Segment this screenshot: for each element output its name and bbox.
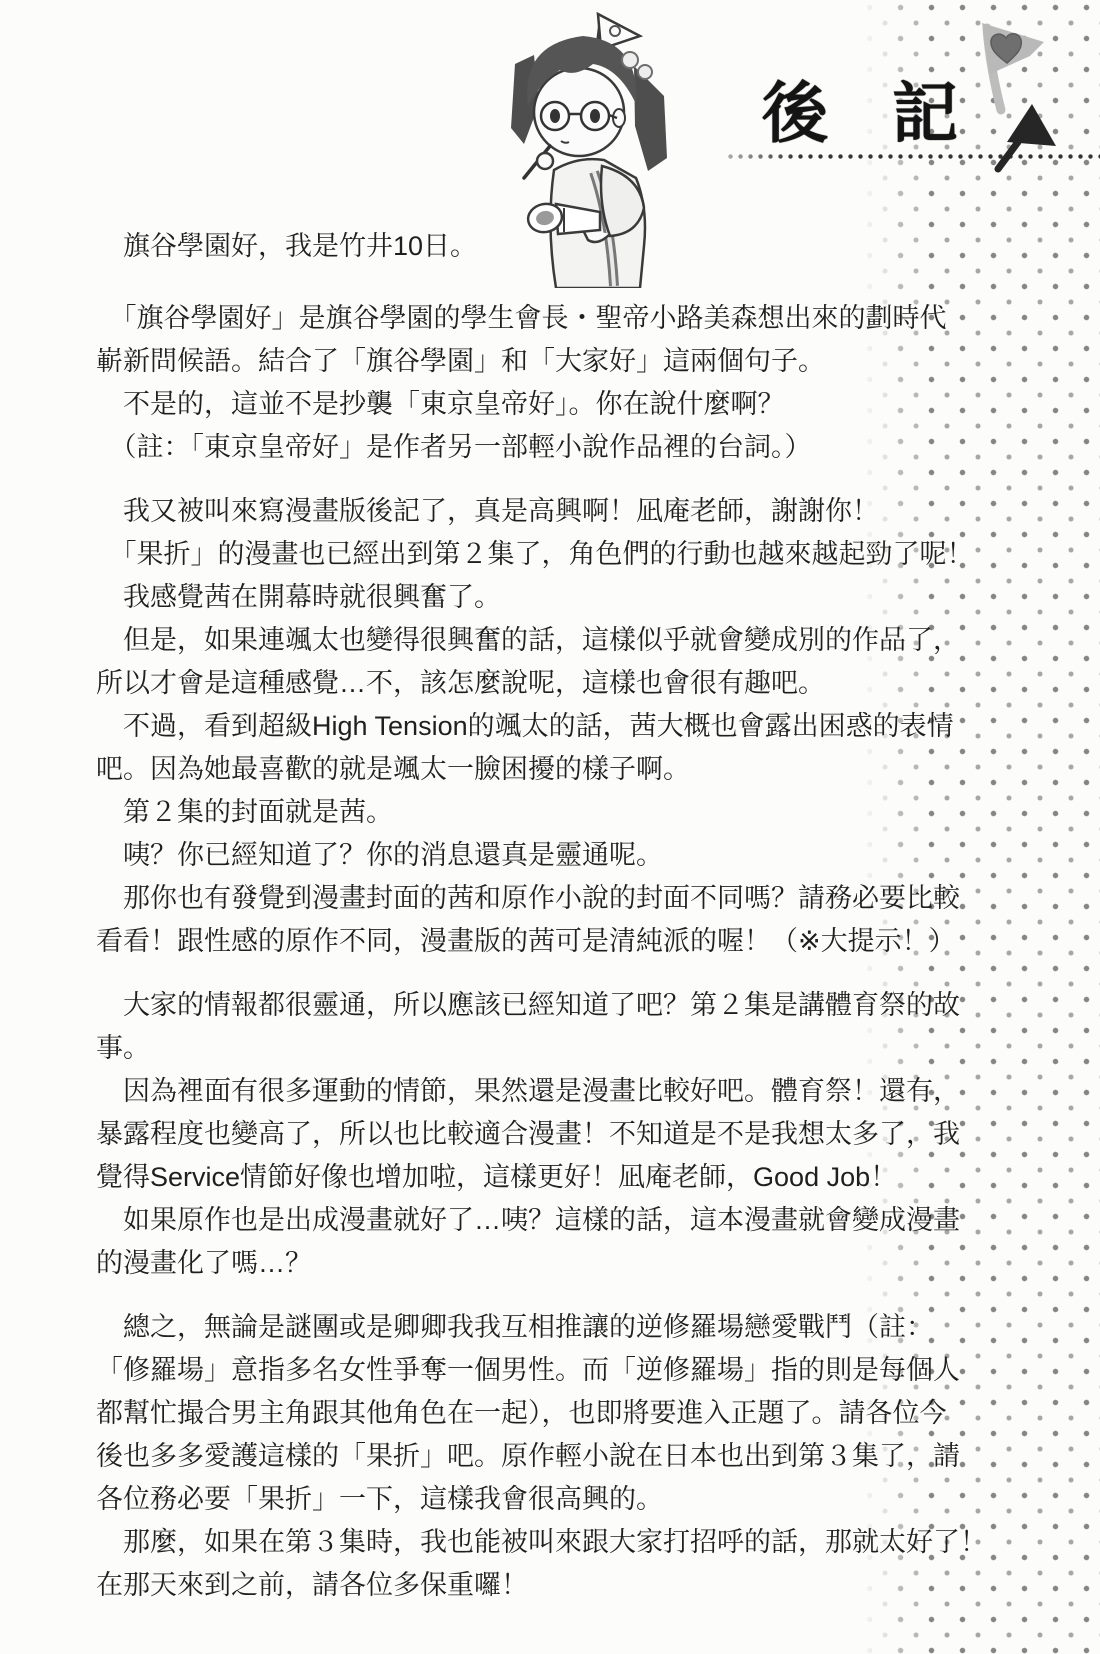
text-line: 但是，如果連颯太也變得很興奮的話，這樣似乎就會變成別的作品了，: [96, 619, 1096, 662]
hair-ball-icon: [622, 52, 638, 68]
text-line: 所以才會是這種感覺…不，該怎麼說呢，這樣也會很有趣吧。: [96, 662, 1096, 705]
text-line: 各位務必要「果折」一下，這樣我會很高興的。: [96, 1478, 1096, 1521]
text-line: 暴露程度也變高了，所以也比較適合漫畫！不知道是不是我想太多了，我: [96, 1113, 1096, 1156]
text-line: 「果折」的漫畫也已經出到第２集了，角色們的行動也越來越起勁了呢！: [96, 533, 1096, 576]
text-line: 看看！跟性感的原作不同，漫畫版的茜可是清純派的喔！（※大提示！）: [96, 920, 1096, 963]
hair-ball-icon: [638, 65, 652, 79]
text-line: 事。: [96, 1027, 1096, 1070]
flags-decoration: [960, 12, 1072, 180]
paragraph: 「旗谷學園好」是旗谷學園的學生會長・聖帝小路美森想出來的劃時代嶄新問候語。結合了…: [96, 297, 1096, 469]
text-line: 「旗谷學園好」是旗谷學園的學生會長・聖帝小路美森想出來的劃時代: [96, 297, 1096, 340]
text-line: 如果原作也是出成漫畫就好了…咦？這樣的話，這本漫畫就會變成漫畫: [96, 1199, 1096, 1242]
paragraph: 大家的情報都很靈通，所以應該已經知道了吧？第２集是講體育祭的故事。 因為裡面有很…: [96, 984, 1096, 1285]
pen-icon: [524, 146, 553, 178]
text-line: 大家的情報都很靈通，所以應該已經知道了吧？第２集是講體育祭的故: [96, 984, 1096, 1027]
text-line: 咦？你已經知道了？你的消息還真是靈通呢。: [96, 834, 1096, 877]
text-line: 吧。因為她最喜歡的就是颯太一臉困擾的樣子啊。: [96, 748, 1096, 791]
text-line: 不過，看到超級High Tension的颯太的話，茜大概也會露出困惑的表情: [96, 705, 1096, 748]
eye: [550, 109, 560, 123]
text-line: 我又被叫來寫漫畫版後記了，真是高興啊！凪庵老師，謝謝你！: [96, 490, 1096, 533]
text-line: 那你也有發覺到漫畫封面的茜和原作小說的封面不同嗎？請務必要比較: [96, 877, 1096, 920]
heart-flag-icon: [982, 23, 1044, 110]
paragraph: 我又被叫來寫漫畫版後記了，真是高興啊！凪庵老師，謝謝你！ 「果折」的漫畫也已經出…: [96, 490, 1096, 963]
text-line: 因為裡面有很多運動的情節，果然還是漫畫比較好吧。體育祭！還有，: [96, 1070, 1096, 1113]
black-flag-icon: [998, 104, 1056, 169]
text-line: 都幫忙撮合男主角跟其他角色在一起），也即將要進入正題了。請各位今: [96, 1392, 1096, 1435]
text-line: 不是的，這並不是抄襲「東京皇帝好」。你在說什麼啊？: [96, 383, 1096, 426]
text-line: 我感覺茜在開幕時就很興奮了。: [96, 576, 1096, 619]
twintail-right: [634, 66, 667, 171]
text-line: 第２集的封面就是茜。: [96, 791, 1096, 834]
text-line: （註：「東京皇帝好」是作者另一部輕小說作品裡的台詞。）: [96, 426, 1096, 469]
text-line: 總之，無論是謎團或是卿卿我我互相推讓的逆修羅場戀愛戰鬥（註：: [96, 1306, 1096, 1349]
text-line: 的漫畫化了嗎…？: [96, 1242, 1096, 1285]
eye: [590, 109, 600, 123]
text-line: 那麼，如果在第３集時，我也能被叫來跟大家打招呼的話，那就太好了！: [96, 1521, 1096, 1564]
text-line: 覺得Service情節好像也增加啦，這樣更好！凪庵老師，Good Job！: [96, 1156, 1096, 1199]
text-line: 嶄新問候語。結合了「旗谷學園」和「大家好」這兩個句子。: [96, 340, 1096, 383]
paragraph: 總之，無論是謎團或是卿卿我我互相推讓的逆修羅場戀愛戰鬥（註：「修羅場」意指多名女…: [96, 1306, 1096, 1607]
text-line: 在那天來到之前，請各位多保重囉！: [96, 1564, 1096, 1607]
afterword-body: 旗谷學園好，我是竹井10日。 「旗谷學園好」是旗谷學園的學生會長・聖帝小路美森想…: [96, 225, 1096, 1628]
text-line: 「修羅場」意指多名女性爭奪一個男性。而「逆修羅場」指的則是每個人: [96, 1349, 1096, 1392]
afterword-page: 後記: [0, 0, 1100, 1654]
text-line: 旗谷學園好，我是竹井10日。: [96, 225, 1096, 268]
paragraph: 旗谷學園好，我是竹井10日。: [96, 225, 1096, 268]
text-line: 後也多多愛護這樣的「果折」吧。原作輕小說在日本也出到第３集了，請: [96, 1435, 1096, 1478]
